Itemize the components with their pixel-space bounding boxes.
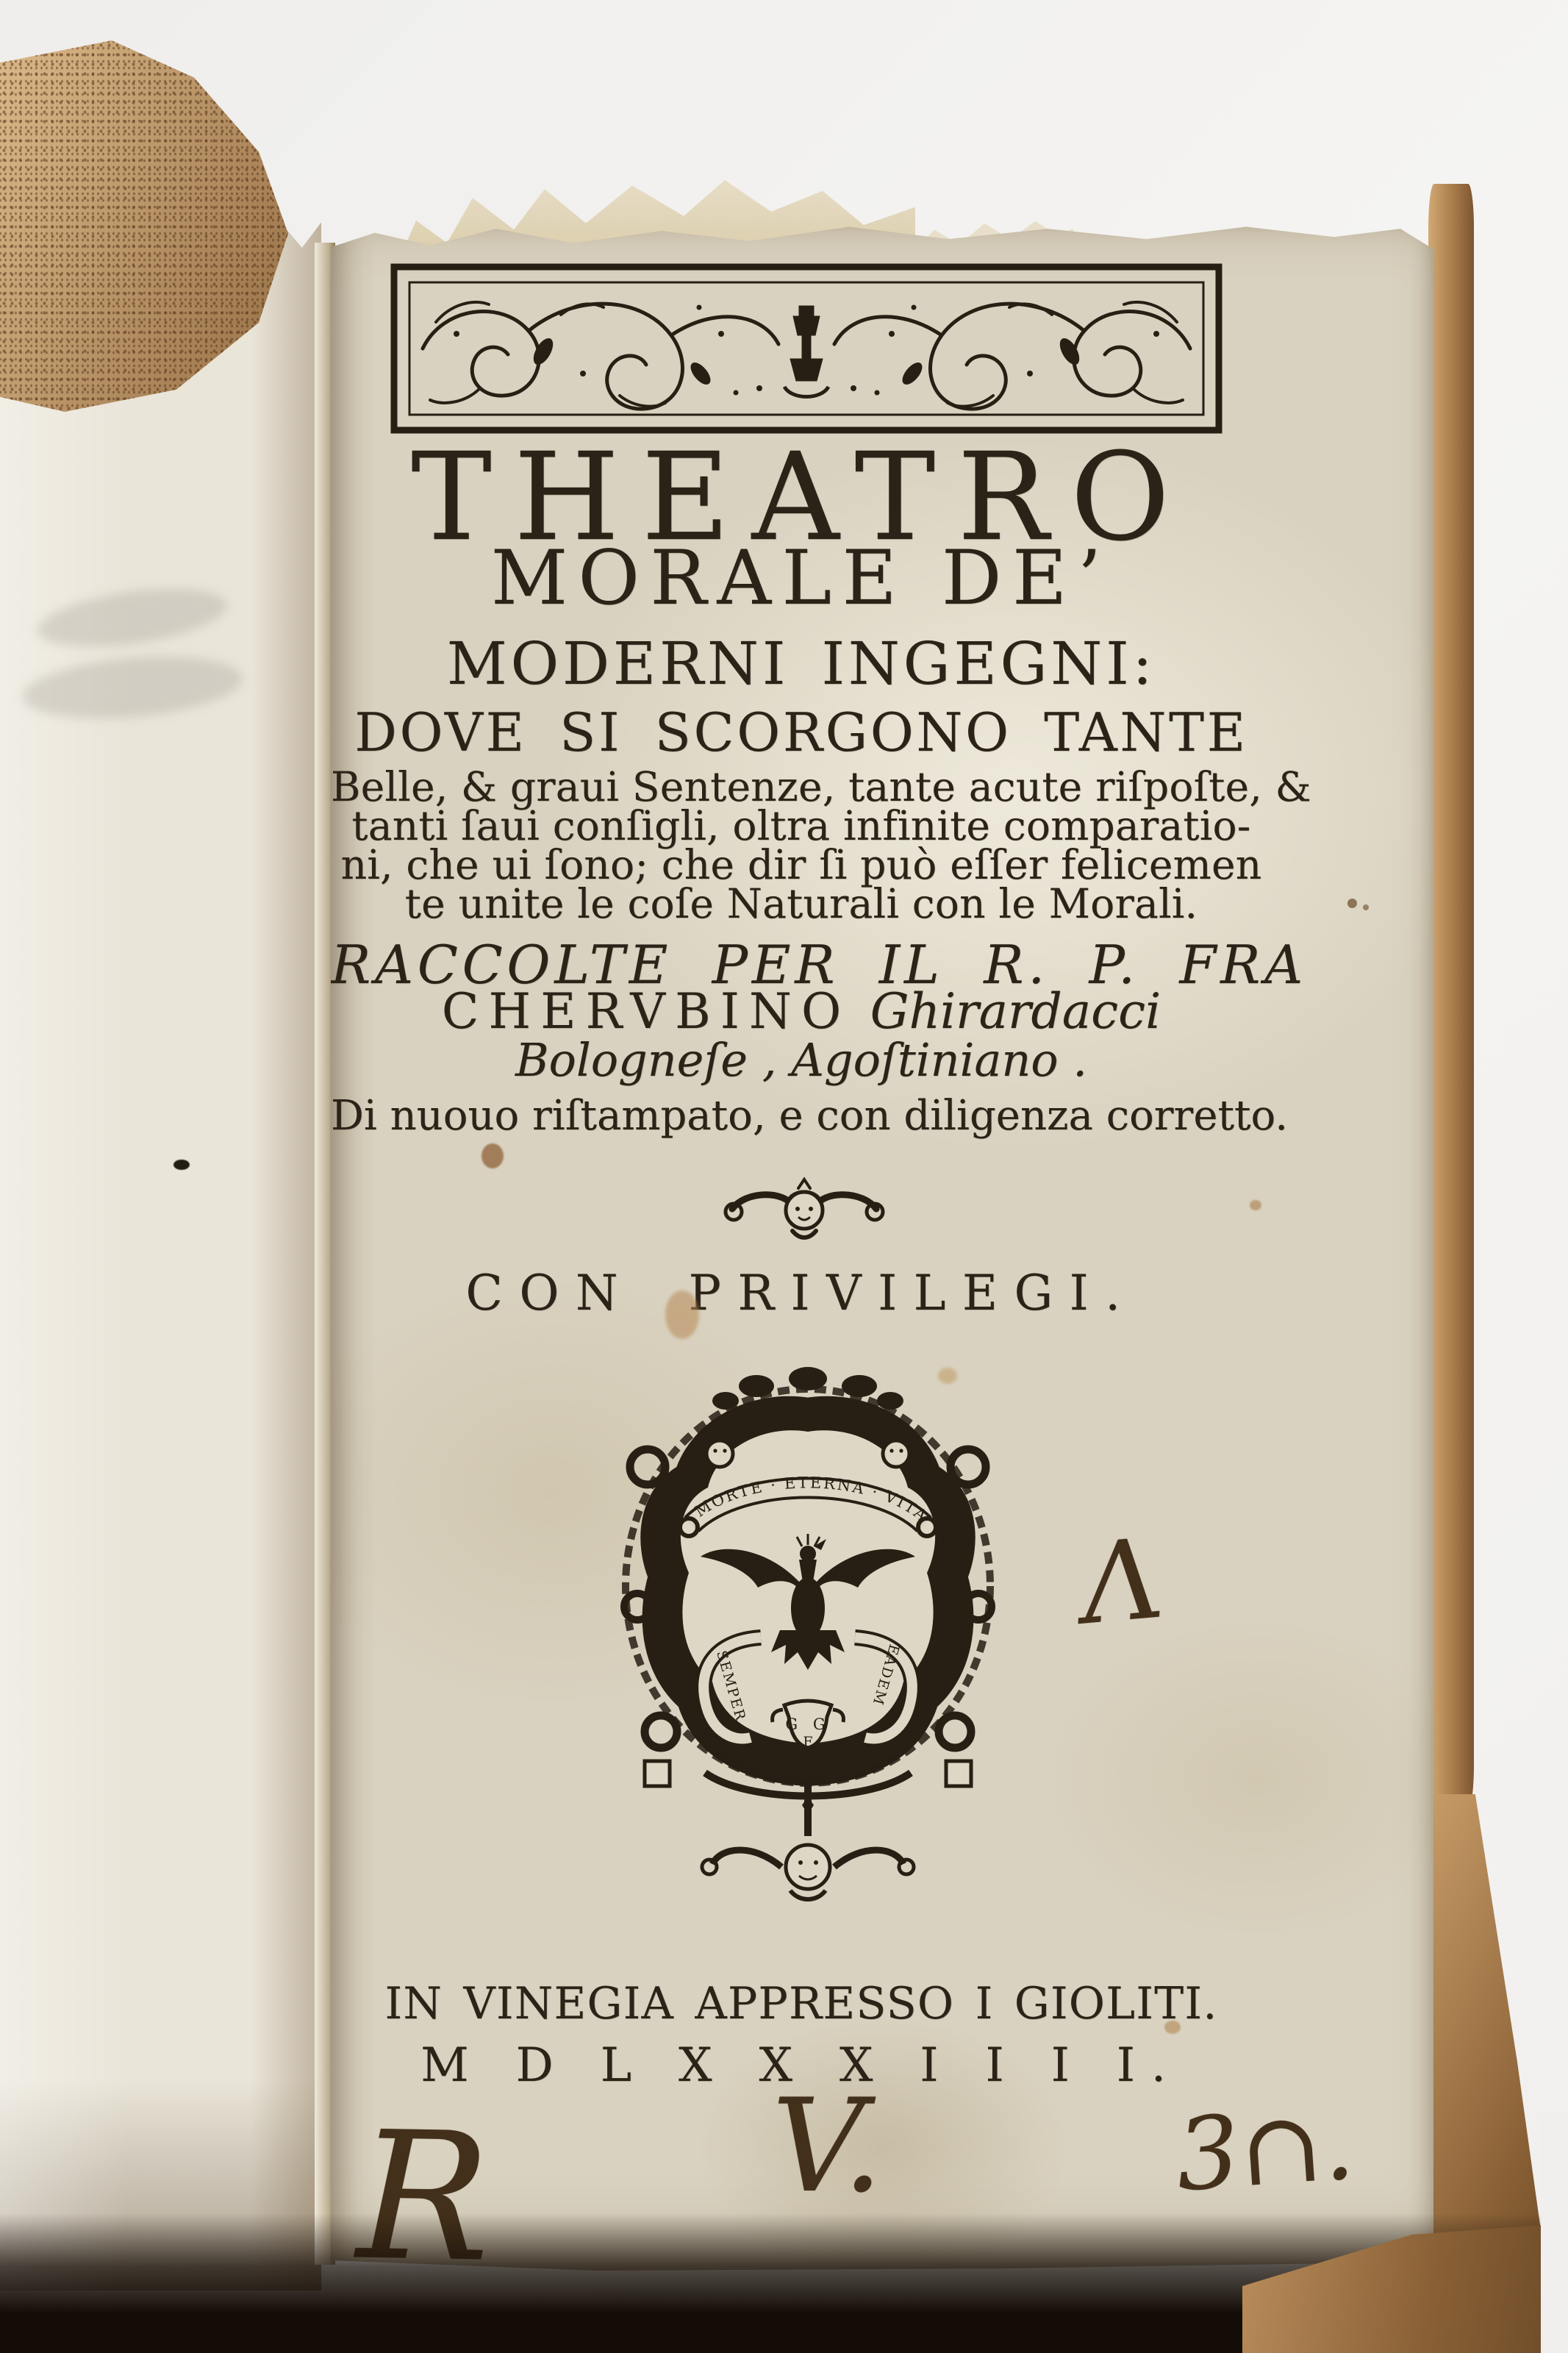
stain	[938, 1368, 957, 1384]
title-page: THEATRO MORALE DE’ MODERNI INGEGNI: DOVE…	[331, 221, 1433, 2271]
argument-paragraph: Belle, & graui Sentenze, tante acute riſ…	[331, 768, 1272, 924]
book-photograph: THEATRO MORALE DE’ MODERNI INGEGNI: DOVE…	[0, 0, 1568, 2353]
handwritten-shelfmark: 3∩.	[1173, 2086, 1358, 2213]
background-corner	[1541, 2118, 1568, 2353]
printer-device-phoenix-emblem: MORTE · ETERNA · VITA SEMPER EADEM	[609, 1364, 1006, 1912]
facing-blank-page	[0, 180, 321, 2290]
edition-note: Di nuouo riſtampato, e con diligenza cor…	[331, 1092, 1272, 1140]
paper-smudge	[34, 579, 230, 657]
argument-line: Belle, & graui Sentenze, tante acute riſ…	[331, 768, 1272, 807]
argument-line: ni, che ui ſono; che dir ſi può eſſer fe…	[331, 846, 1272, 885]
handwritten-caret-mark: Λ	[1078, 1515, 1164, 1651]
stain	[1164, 2021, 1181, 2034]
editor-surname-italic: Ghirardacci	[870, 983, 1161, 1040]
ink-spot	[173, 1160, 190, 1170]
stain	[1347, 899, 1357, 908]
cherub-head-ornament	[722, 1172, 887, 1244]
leather-binding-edge-right	[1428, 184, 1474, 1809]
device-frame-square	[645, 1761, 670, 1786]
editor-name-caps: CHERVBINO	[442, 983, 851, 1040]
device-frame-square	[946, 1761, 971, 1786]
device-monogram-f: F	[803, 1734, 812, 1750]
paper-smudge	[20, 649, 245, 726]
device-monogram-gg: G G	[785, 1715, 830, 1733]
privilege-line: CON PRIVILEGI.	[331, 1265, 1272, 1321]
stain	[1250, 1200, 1261, 1210]
main-title-line3: MODERNI INGEGNI:	[331, 629, 1272, 698]
main-title-line2: MORALE DE’	[331, 535, 1272, 622]
stain	[482, 1143, 504, 1168]
argument-line: te unite le coſe Naturali con le Morali.	[331, 885, 1272, 924]
argument-line: tanti ſaui conſigli, oltra infinite comp…	[331, 807, 1272, 846]
argument-caps-line: DOVE SI SCORGONO TANTE	[331, 701, 1272, 763]
stain	[1363, 904, 1369, 910]
title-text-column: THEATRO MORALE DE’ MODERNI INGEGNI: DOVE…	[331, 221, 1272, 2271]
imprint-line: IN VINEGIA APPRESSO I GIOLITI.	[331, 1978, 1272, 2029]
stain	[665, 1290, 699, 1339]
editor-line3: Bologneſe , Agoſtiniano .	[331, 1033, 1272, 1087]
handwritten-letter-v: V.	[772, 2072, 883, 2221]
device-bottom-mask	[702, 1786, 914, 1899]
editor-line2: CHERVBINOGhirardacci	[331, 983, 1272, 1040]
